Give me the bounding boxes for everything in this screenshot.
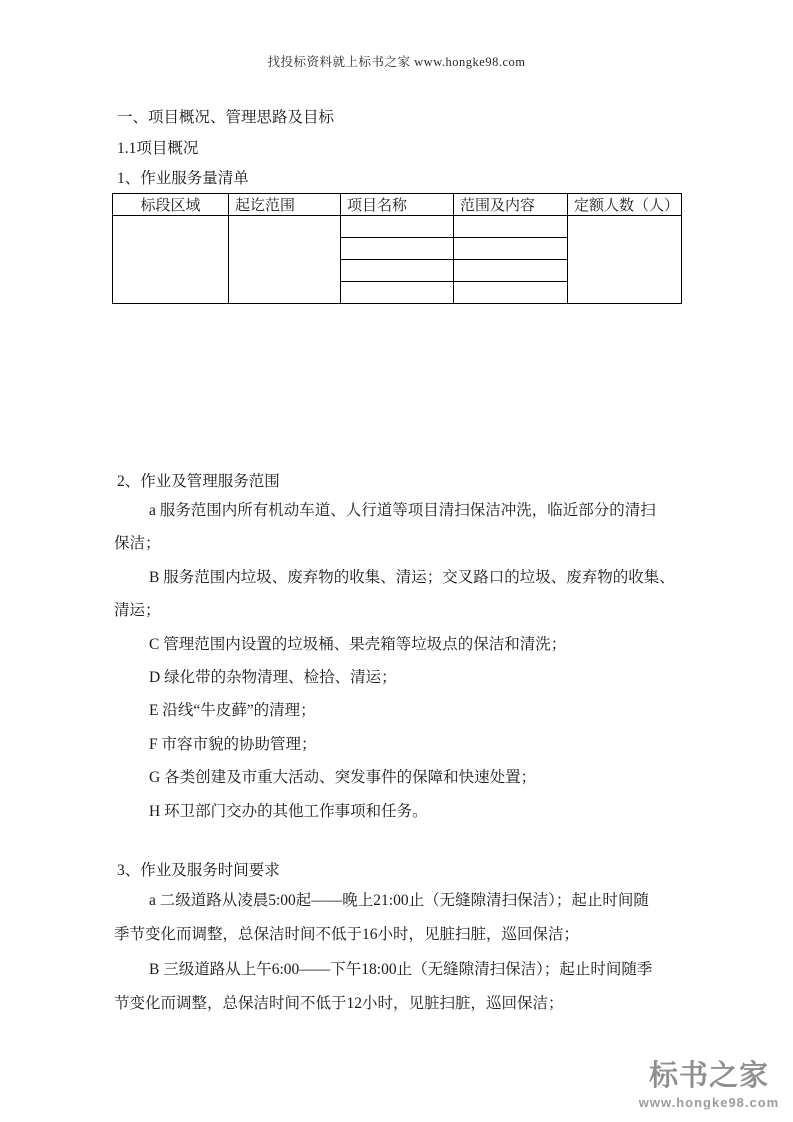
table-cell-segment-area: [113, 216, 229, 304]
paragraph-line: D 绿化带的杂物清理、检拾、清运；: [114, 661, 692, 694]
paragraph-line: 季节变化而调整，总保洁时间不低于16小时，见脏扫脏，巡回保洁；: [114, 918, 692, 952]
section-heading-2: 2、作业及管理服务范围: [117, 469, 280, 491]
list-heading-service-quantity: 1、作业服务量清单: [117, 166, 249, 188]
table-cell-project-name: [341, 282, 454, 304]
section-3-paragraphs: a 二级道路从凌晨5:00起——晚上21:00止（无缝隙清扫保洁）；起止时间随 …: [114, 884, 692, 1021]
paragraph-line: C 管理范围内设置的垃圾桶、果壳箱等垃圾点的保洁和清洗；: [114, 628, 692, 661]
table-header-project-name: 项目名称: [341, 194, 454, 216]
table-header-scope-content: 范围及内容: [454, 194, 568, 216]
table-header-segment-area: 标段区域: [113, 194, 229, 216]
watermark-logo-text: 标书之家: [629, 1062, 789, 1091]
table-header-quota-headcount: 定额人数（人）: [568, 194, 682, 216]
page-header-text: 找投标资料就上标书之家 www.hongke98.com: [0, 52, 793, 70]
paragraph-line: B 服务范围内垃圾、废弃物的收集、清运；交叉路口的垃圾、废弃物的收集、: [114, 561, 692, 594]
paragraph-line: G 各类创建及市重大活动、突发事件的保障和快速处置；: [114, 761, 692, 794]
document-page: 找投标资料就上标书之家 www.hongke98.com 一、项目概况、管理思路…: [0, 0, 793, 1122]
paragraph-line: a 二级道路从凌晨5:00起——晚上21:00止（无缝隙清扫保洁）；起止时间随: [114, 884, 692, 918]
table-header-start-end-range: 起讫范围: [229, 194, 341, 216]
site-watermark: 标书之家 www.hongke98.com: [629, 1062, 789, 1110]
paragraph-line: 清运；: [114, 594, 692, 627]
paragraph-line: 保洁；: [114, 527, 692, 560]
watermark-url-text: www.hongke98.com: [629, 1095, 789, 1110]
section-heading-1: 一、项目概况、管理思路及目标: [117, 105, 334, 127]
service-quantity-table: 标段区域 起讫范围 项目名称 范围及内容 定额人数（人）: [112, 193, 682, 304]
table-cell-scope-content: [454, 260, 568, 282]
table-cell-start-end-range: [229, 216, 341, 304]
table-cell-scope-content: [454, 216, 568, 238]
paragraph-line: H 环卫部门交办的其他工作事项和任务。: [114, 795, 692, 828]
section-heading-1-1: 1.1项目概况: [117, 136, 198, 158]
table-header-row: 标段区域 起讫范围 项目名称 范围及内容 定额人数（人）: [113, 194, 682, 216]
paragraph-line: 节变化而调整，总保洁时间不低于12小时，见脏扫脏，巡回保洁；: [114, 987, 692, 1021]
table-cell-scope-content: [454, 282, 568, 304]
table-cell-project-name: [341, 216, 454, 238]
table-cell-scope-content: [454, 238, 568, 260]
table-cell-project-name: [341, 260, 454, 282]
table-row: [113, 216, 682, 238]
paragraph-line: F 市容市貌的协助管理；: [114, 728, 692, 761]
table-cell-quota-headcount: [568, 216, 682, 304]
section-heading-3: 3、作业及服务时间要求: [117, 858, 280, 880]
table-cell-project-name: [341, 238, 454, 260]
paragraph-line: E 沿线“牛皮藓”的清理；: [114, 694, 692, 727]
paragraph-line: a 服务范围内所有机动车道、人行道等项目清扫保洁冲洗，临近部分的清扫: [114, 494, 692, 527]
paragraph-line: B 三级道路从上午6:00——下午18:00止（无缝隙清扫保洁）；起止时间随季: [114, 953, 692, 987]
section-2-paragraphs: a 服务范围内所有机动车道、人行道等项目清扫保洁冲洗，临近部分的清扫 保洁； B…: [114, 494, 692, 828]
